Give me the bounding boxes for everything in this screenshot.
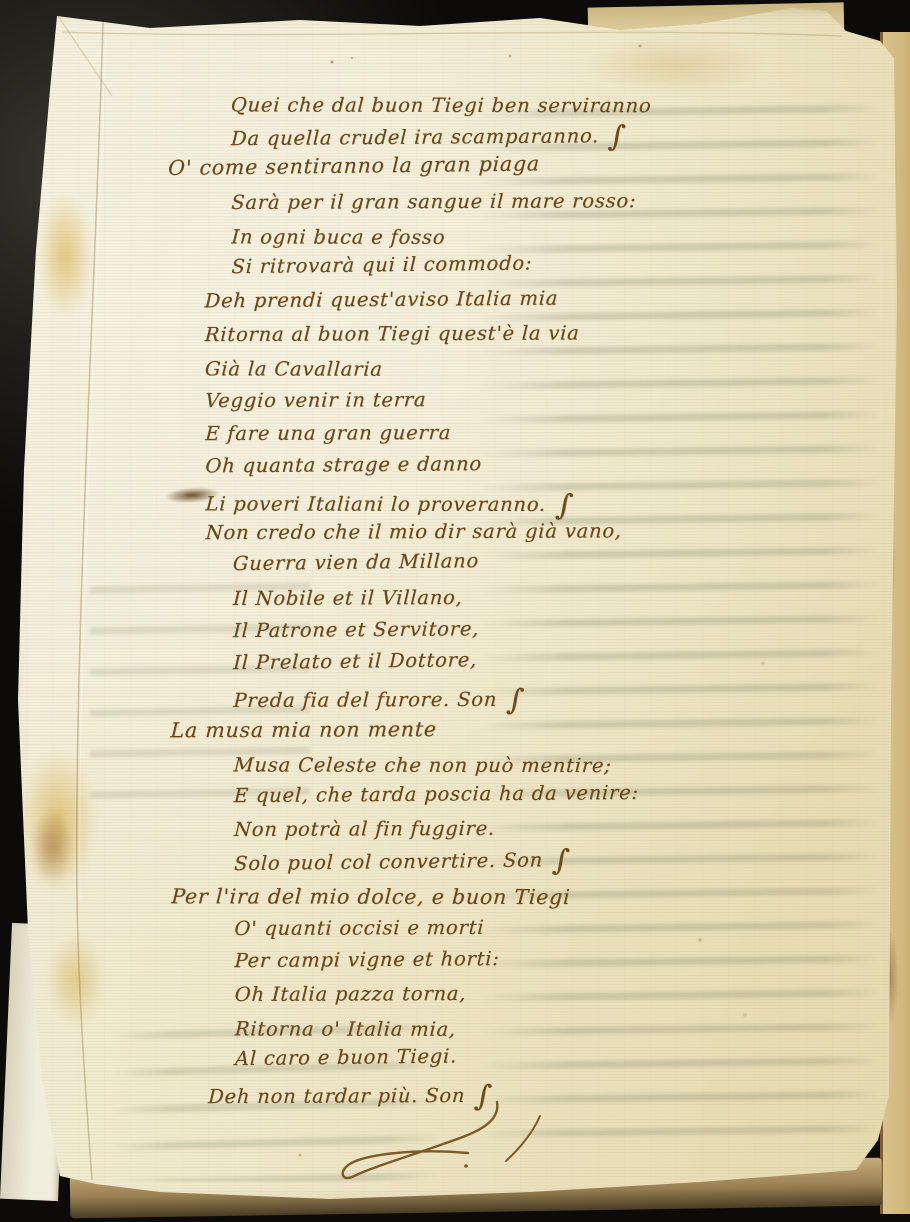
manuscript-page: Quei che dal buon Tiegi ben servirannoDa… — [0, 0, 910, 1222]
manuscript-photo: Quei che dal buon Tiegi ben servirannoDa… — [0, 0, 910, 1222]
page-shading — [0, 0, 910, 1222]
